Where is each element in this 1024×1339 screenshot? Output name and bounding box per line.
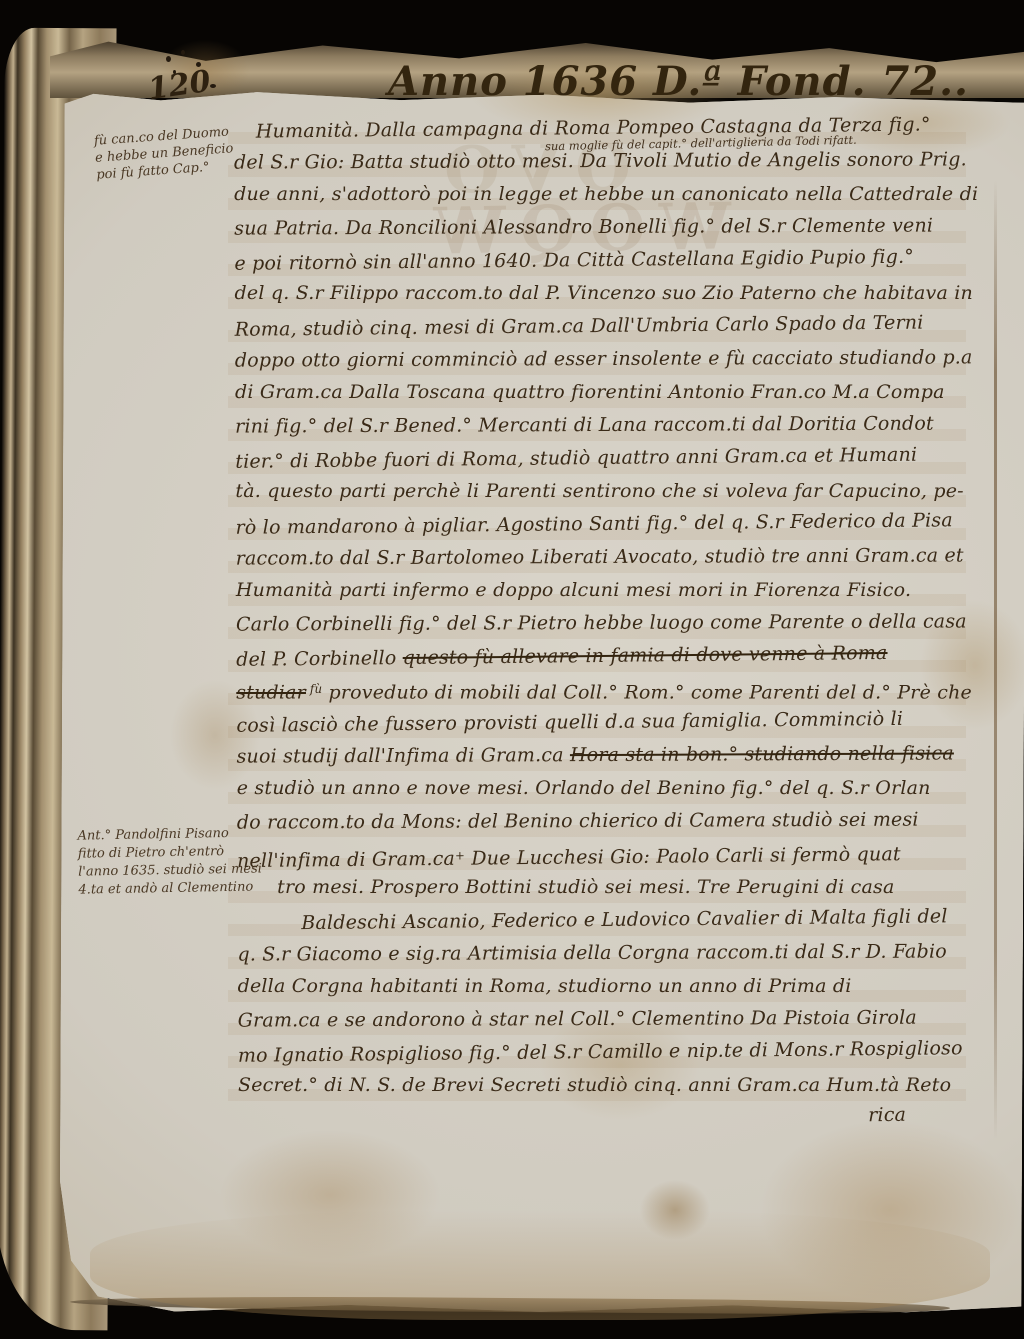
text-line: studiar fù proveduto di mobili dal Coll.… bbox=[236, 673, 962, 706]
text-line: q. S.r Giacomo e sig.ra Artimisia della … bbox=[237, 935, 963, 971]
text-segment: sua Patria. Da Roncilioni Alessandro Bon… bbox=[234, 215, 933, 240]
text-line: del q. S.r Filippo raccom.to dal P. Vinc… bbox=[235, 277, 961, 310]
text-line: due anni, s'adottorò poi in legge et heb… bbox=[234, 178, 960, 211]
text-line: raccom.to dal S.r Bartolomeo Liberati Av… bbox=[236, 539, 962, 575]
text-segment: proveduto di mobili dal Coll.° Rom.° com… bbox=[322, 681, 972, 703]
text-segment: suoi studij dall'Infima di Gram.ca bbox=[237, 744, 570, 767]
text-segment: Gram.ca e se andorono à star nel Coll.° … bbox=[238, 1007, 917, 1032]
text-segment: e poi ritornò sin all'anno 1640. Da Citt… bbox=[234, 246, 914, 275]
text-segment: Roma, studiò cinq. mesi di Gram.ca Dall'… bbox=[235, 312, 924, 341]
manuscript-scan: OVO WOQW 120 Anno 1636 D.ª Fond. 72.. fù… bbox=[0, 0, 1024, 1339]
text-segment: nell'infima di Gram.ca bbox=[237, 848, 455, 872]
text-segment: tà. questo parti perchè li Parenti senti… bbox=[235, 480, 963, 502]
text-segment: Carlo Corbinelli fig.° del S.r Pietro he… bbox=[236, 610, 967, 635]
text-line: rò lo mandarono à pigliar. Agostino Sant… bbox=[235, 504, 961, 545]
margin-note: fù can.co del Duomo e hebbe un Beneficio… bbox=[93, 123, 235, 184]
text-segment: rini fig.° del S.r Bened.° Mercanti di L… bbox=[235, 413, 934, 438]
text-line: del S.r Gio: Batta studiò otto mesi. Da … bbox=[234, 143, 960, 179]
text-line: Humanità. Dalla campagna di Roma Pompeo … bbox=[234, 108, 960, 149]
margin-note-line: 4.ta et andò al Clementino bbox=[78, 878, 262, 899]
text-line: Roma, studiò cinq. mesi di Gram.ca Dall'… bbox=[235, 306, 961, 347]
text-line: nell'infima di Gram.ca+ Due Lucchesi Gio… bbox=[237, 834, 963, 875]
text-segment: due anni, s'adottorò poi in legge et heb… bbox=[234, 183, 978, 205]
text-line: rini fig.° del S.r Bened.° Mercanti di L… bbox=[235, 407, 961, 443]
struck-text: Hora sta in bon.° studiando nella fisica bbox=[570, 742, 954, 766]
text-line: del P. Corbinello questo fù allevare in … bbox=[236, 636, 962, 677]
text-segment: del P. Corbinello bbox=[236, 647, 403, 671]
struck-text: questo fù allevare in famia di dove venn… bbox=[403, 642, 888, 669]
text-segment: e studiò un anno e nove mesi. Orlando de… bbox=[237, 777, 931, 799]
text-line: do raccom.to da Mons: del Benino chieric… bbox=[237, 803, 963, 839]
text-line: della Corgna habitanti in Roma, studiorn… bbox=[238, 970, 964, 1003]
text-segment: rica bbox=[868, 1104, 906, 1126]
text-segment: mo Ignatio Rospiglioso fig.° del S.r Cam… bbox=[238, 1037, 963, 1067]
ink-speck bbox=[166, 56, 171, 62]
text-segment: del S.r Gio: Batta studiò otto mesi. Da … bbox=[234, 148, 967, 173]
main-text: Humanità. Dalla campagna di Roma Pompeo … bbox=[234, 110, 964, 1136]
text-line: così lasciò che fussero provisti quelli … bbox=[236, 702, 962, 743]
page-crease bbox=[994, 180, 997, 1140]
text-segment: della Corgna habitanti in Roma, studiorn… bbox=[238, 975, 852, 997]
text-segment: Baldeschi Ascanio, Federico e Ludovico C… bbox=[301, 905, 947, 934]
text-line: di Gram.ca Dalla Toscana quattro fiorent… bbox=[235, 376, 961, 409]
text-line: Secret.° di N. S. de Brevi Secreti studi… bbox=[238, 1069, 964, 1102]
text-line: rica bbox=[238, 1098, 964, 1139]
text-segment: do raccom.to da Mons: del Benino chieric… bbox=[237, 809, 919, 834]
text-segment: del q. S.r Filippo raccom.to dal P. Vinc… bbox=[235, 282, 973, 304]
struck-text: studiar bbox=[236, 681, 306, 703]
margin-note: Ant.° Pandolfini Pisano fitto di Pietro … bbox=[77, 824, 262, 899]
text-segment: rò lo mandarono à pigliar. Agostino Sant… bbox=[235, 509, 952, 539]
text-line: e studiò un anno e nove mesi. Orlando de… bbox=[237, 772, 963, 805]
text-line: tier.° di Robbe fuori di Roma, studiò qu… bbox=[235, 438, 961, 479]
text-segment: Secret.° di N. S. de Brevi Secreti studi… bbox=[238, 1074, 951, 1096]
text-segment: Humanità parti infermo e doppo alcuni me… bbox=[236, 579, 911, 601]
text-line: Humanità parti infermo e doppo alcuni me… bbox=[236, 574, 962, 607]
text-segment: q. S.r Giacomo e sig.ra Artimisia della … bbox=[237, 940, 946, 965]
text-segment: di Gram.ca Dalla Toscana quattro fiorent… bbox=[235, 381, 945, 403]
page-title: Anno 1636 D.ª Fond. 72.. bbox=[388, 58, 969, 105]
text-segment: così lasciò che fussero provisti quelli … bbox=[236, 708, 903, 737]
text-segment: tro mesi. Prospero Bottini studiò sei me… bbox=[277, 876, 894, 898]
text-line: Baldeschi Ascanio, Federico e Ludovico C… bbox=[237, 900, 963, 941]
text-line: sua Patria. Da Roncilioni Alessandro Bon… bbox=[234, 209, 960, 245]
text-line: tà. questo parti perchè li Parenti senti… bbox=[235, 475, 961, 508]
text-segment: Due Lucchesi Gio: Paolo Carli si fermò q… bbox=[465, 843, 901, 870]
ink-speck bbox=[181, 50, 185, 55]
text-line: Gram.ca e se andorono à star nel Coll.° … bbox=[238, 1001, 964, 1037]
text-line: suoi studij dall'Infima di Gram.ca Hora … bbox=[237, 737, 963, 773]
text-line: e poi ritornò sin all'anno 1640. Da Citt… bbox=[234, 240, 960, 281]
text-line: tro mesi. Prospero Bottini studiò sei me… bbox=[237, 871, 963, 904]
text-segment: doppo otto giorni comminciò ad esser ins… bbox=[235, 346, 973, 371]
text-segment: raccom.to dal S.r Bartolomeo Liberati Av… bbox=[236, 544, 964, 569]
text-segment: tier.° di Robbe fuori di Roma, studiò qu… bbox=[235, 444, 917, 473]
text-segment: + bbox=[455, 848, 465, 862]
text-line: mo Ignatio Rospiglioso fig.° del S.r Cam… bbox=[238, 1032, 964, 1073]
text-line: doppo otto giorni comminciò ad esser ins… bbox=[235, 341, 961, 377]
text-segment: fù bbox=[306, 682, 322, 696]
text-line: Carlo Corbinelli fig.° del S.r Pietro he… bbox=[236, 605, 962, 641]
text-segment: Humanità. Dalla campagna di Roma Pompeo … bbox=[256, 114, 931, 143]
